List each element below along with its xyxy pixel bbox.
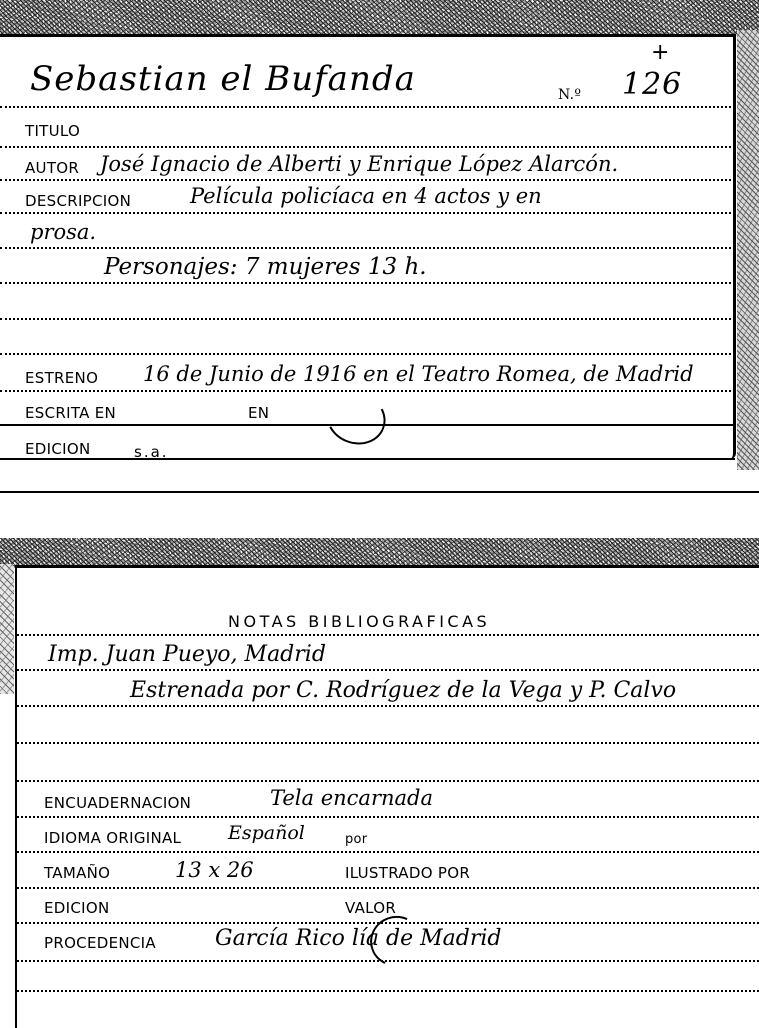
valor-label: VALOR [345,901,396,916]
idioma-original-value: Español [228,824,305,843]
descripcion-label: DESCRIPCION [25,194,131,209]
scan-noise-band [0,538,759,568]
ruled-line [0,212,735,214]
ruled-line [17,742,759,744]
edicion-value: s.a. [134,445,169,460]
encuadernacion-value: Tela encarnada [270,788,433,809]
descripcion-value-line2: prosa. [30,222,96,243]
ruled-line [0,179,735,181]
autor-value: José Ignacio de Alberti y Enrique López … [100,154,618,175]
note-line-2: Estrenada por C. Rodríguez de la Vega y … [130,680,676,702]
ruled-line [17,780,759,782]
scan-noise-edge [737,30,759,470]
ruled-line [0,282,735,284]
ruled-line [0,353,735,355]
catalog-card-back: NOTAS BIBLIOGRAFICAS Imp. Juan Pueyo, Ma… [0,538,759,1028]
tamano-value: 13 x 26 [175,860,254,881]
en-label: EN [248,406,269,421]
catalog-card-front: Sebastian el Bufanda N.º 126 + TITULO AU… [0,0,759,495]
number-label: N.º [558,88,581,102]
section-heading: NOTAS BIBLIOGRAFICAS [228,614,490,630]
ruled-line [0,146,735,148]
procedencia-label: PROCEDENCIA [44,936,156,951]
ruled-line [17,851,759,853]
idioma-por-label: por [345,833,367,846]
procedencia-value: García Rico lía de Madrid [215,928,501,950]
ruled-line [0,390,735,392]
descripcion-value-line3: Personajes: 7 mujeres 13 h. [104,256,427,279]
scan-noise-band [0,0,759,36]
ruled-line [17,669,759,671]
ruled-line [17,705,759,707]
ruled-line [0,318,735,320]
ruled-line [17,816,759,818]
encuadernacion-label: ENCUADERNACION [44,796,191,811]
card-bottom-edge [0,491,759,493]
scan-noise-edge [0,564,14,694]
autor-label: AUTOR [25,161,79,176]
estreno-value: 16 de Junio de 1916 en el Teatro Romea, … [143,364,694,385]
catalog-number: 126 [622,70,682,100]
ruled-line [17,887,759,889]
ruled-line [17,634,759,636]
ruled-line [0,458,735,460]
ilustrado-por-label: ILUSTRADO POR [345,866,470,881]
edicion-label: EDICION [25,442,90,457]
descripcion-value: Película policíaca en 4 actos y en [190,186,542,207]
cross-mark-icon: + [651,42,669,64]
tamano-label: TAMAÑO [44,866,110,881]
work-title: Sebastian el Bufanda [30,62,416,96]
note-line-1: Imp. Juan Pueyo, Madrid [48,644,326,666]
ruled-line [17,990,759,992]
idioma-original-label: IDIOMA ORIGINAL [44,831,181,846]
edicion-label: EDICION [44,901,109,916]
ruled-line [0,106,735,108]
estreno-label: ESTRENO [25,371,98,386]
titulo-label: TITULO [25,124,80,139]
escrita-en-label: ESCRITA EN [25,406,116,421]
ruled-line [0,247,735,249]
